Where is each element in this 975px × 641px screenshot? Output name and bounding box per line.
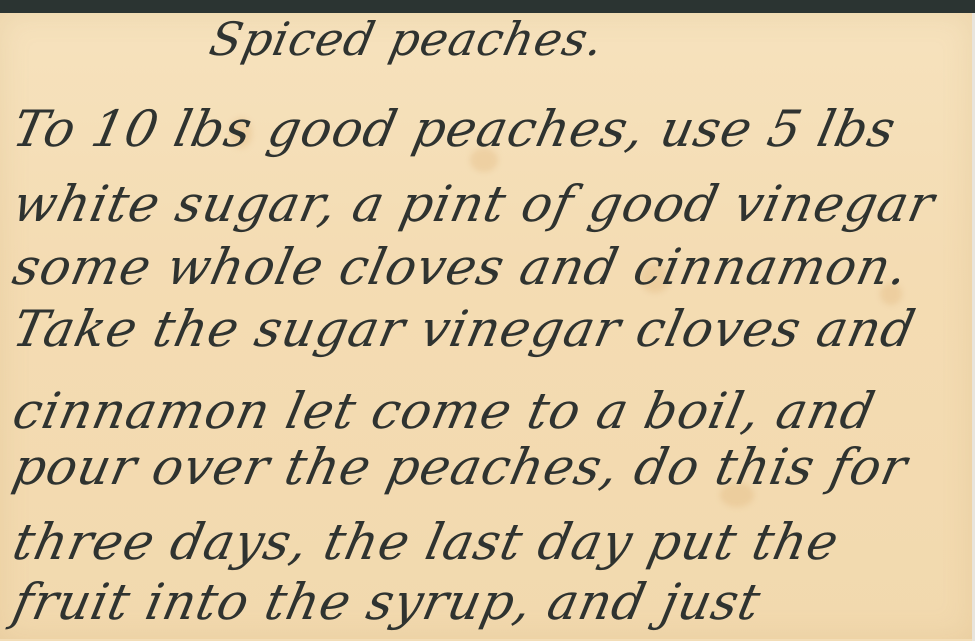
recipe-line-2: white sugar, a pint of good vinegar (8, 175, 940, 233)
recipe-line-7: three days, the last day put the (8, 513, 844, 571)
recipe-line-3: some whole cloves and cinnamon. (8, 238, 914, 296)
recipe-title: Spiced peaches. (205, 12, 609, 66)
recipe-line-6: pour over the peaches, do this for (8, 438, 913, 496)
recipe-line-1: To 10 lbs good peaches, use 5 lbs (8, 100, 901, 158)
recipe-line-8: fruit into the syrup, and just (8, 573, 766, 631)
recipe-line-4: Take the sugar vinegar cloves and (8, 300, 921, 358)
recipe-line-5: cinnamon let come to a boil, and (8, 382, 880, 440)
